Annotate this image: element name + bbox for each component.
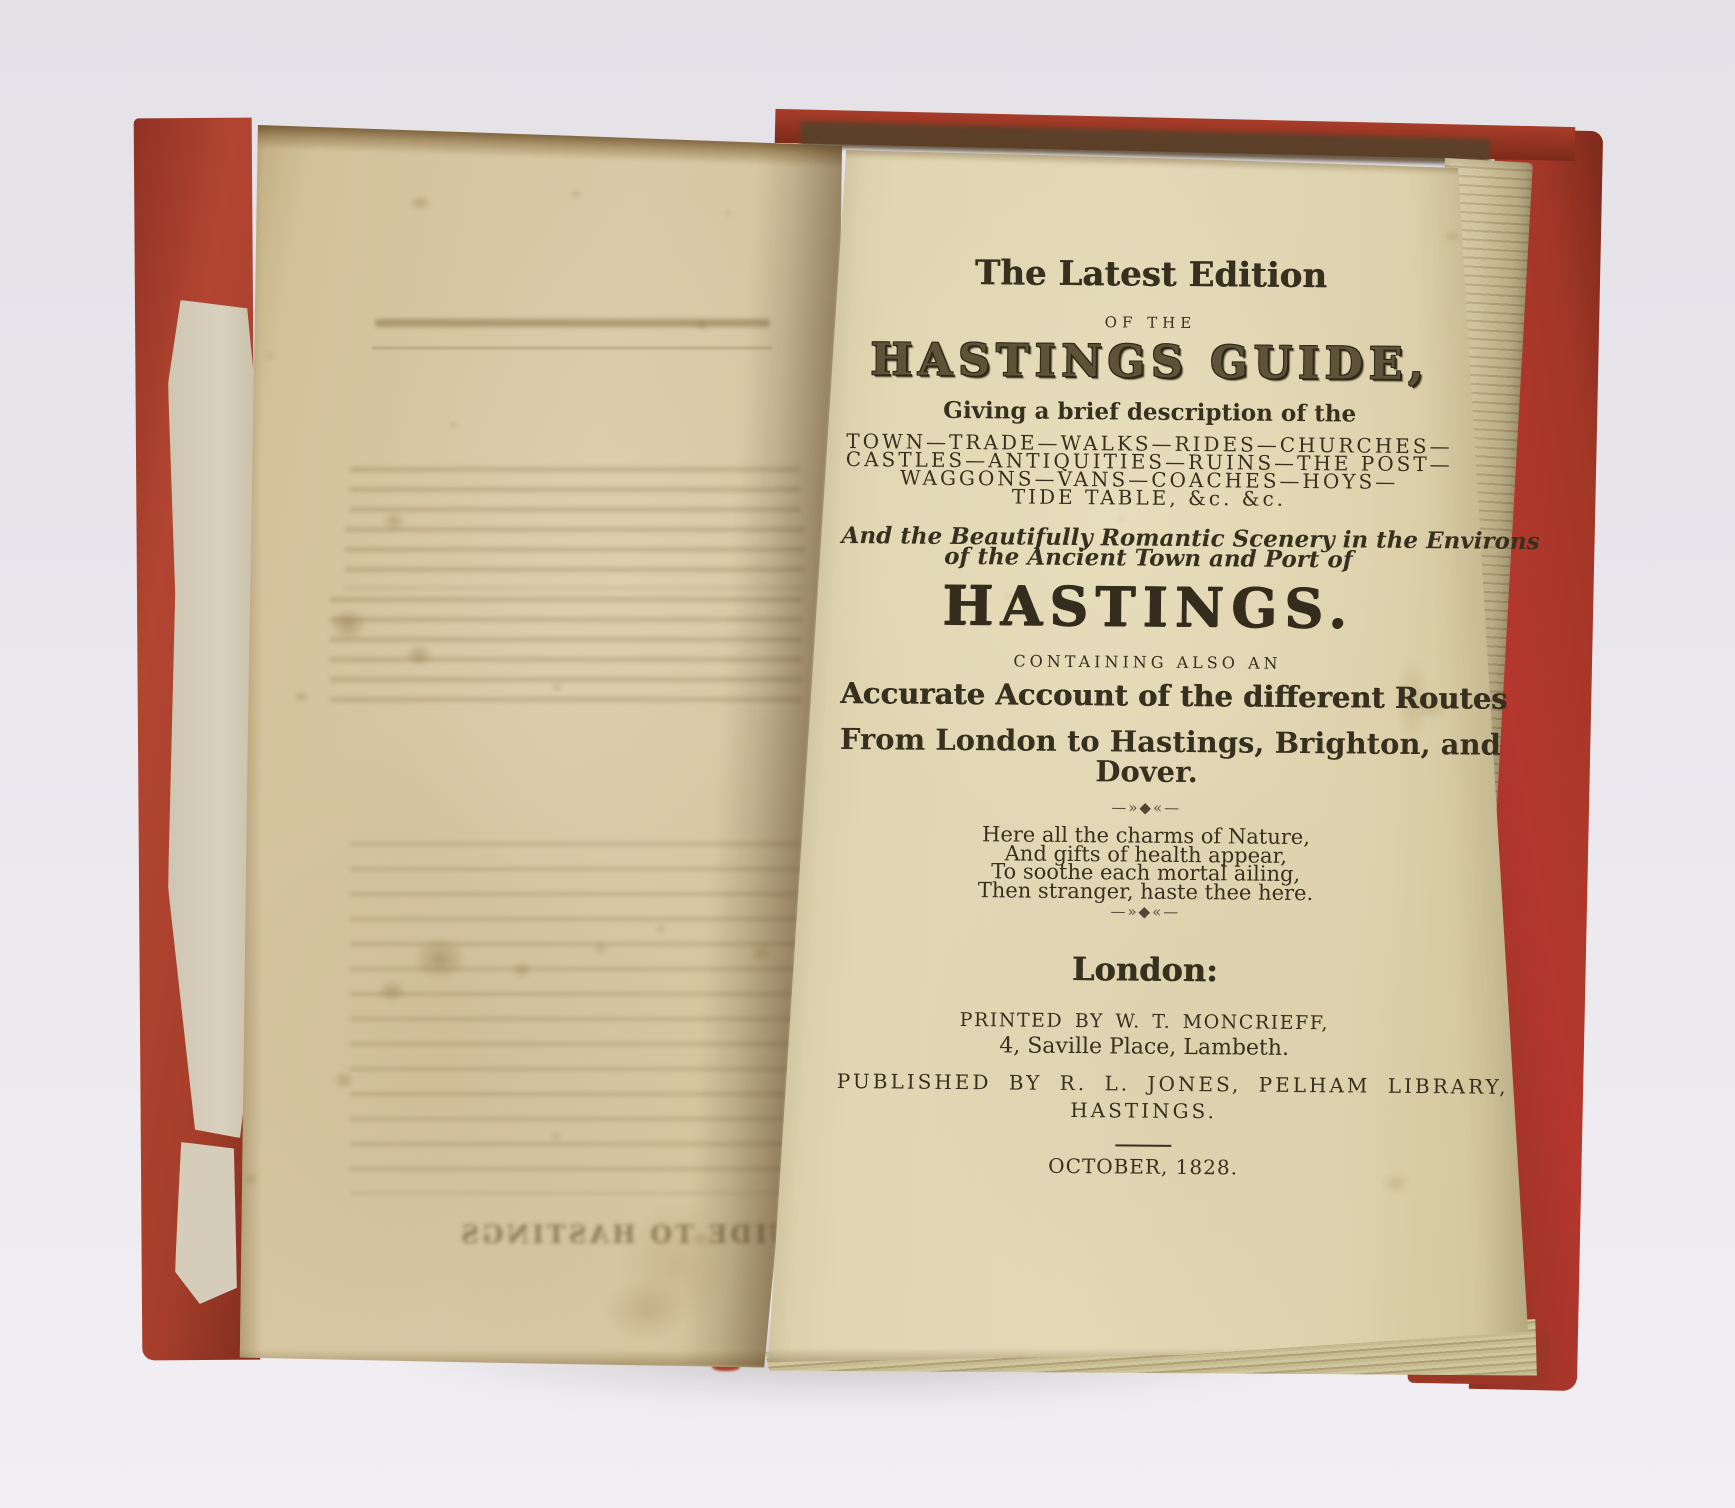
foxing-spot — [330, 1068, 358, 1092]
foxing-spot — [400, 640, 438, 670]
foxing-spot — [590, 940, 612, 958]
torn-endpaper-strip-lower — [175, 1142, 237, 1304]
foxing-spot — [405, 192, 435, 214]
foxing-spot — [290, 688, 312, 706]
foxing-spot — [446, 420, 460, 431]
divider-rule — [1115, 1144, 1171, 1146]
imprint-date: OCTOBER, 1828. — [836, 1152, 1450, 1181]
of-the-line: OF THE — [843, 311, 1457, 334]
ornament-divider: —»◆«— — [839, 796, 1453, 819]
foxing-spot — [548, 1130, 564, 1143]
main-title: HASTINGS GUIDE, — [843, 334, 1457, 390]
containing-line: CONTAINING ALSO AN — [840, 650, 1454, 674]
foxing-smudge — [600, 1180, 750, 1350]
foxing-spot — [372, 975, 412, 1007]
edition-heading: The Latest Edition — [844, 252, 1458, 297]
foxing-spot — [240, 1170, 262, 1188]
foxing-spot — [508, 958, 536, 982]
showthrough-rule — [372, 347, 772, 349]
foxing-spot — [652, 922, 670, 936]
foxing-spot — [548, 680, 566, 694]
photo-stage: GUIDE TO HASTINGS The Latest Edition OF … — [0, 0, 1735, 1508]
ornament-divider: —»◆«— — [838, 900, 1452, 923]
foxing-spot — [378, 508, 410, 534]
account-line: Accurate Account of the different Routes — [840, 676, 1454, 715]
foxing-spot — [692, 318, 712, 333]
foxing-spot — [722, 208, 734, 218]
place-title: HASTINGS. — [841, 572, 1456, 641]
imprint-place: HASTINGS. — [837, 1096, 1451, 1125]
foxing-spot — [262, 350, 278, 362]
foxing-spot — [404, 930, 476, 988]
verse-block: Here all the charms of Nature, And gifts… — [838, 824, 1453, 903]
imprint-printer: PRINTED BY W. T. MONCRIEFF, — [837, 1008, 1451, 1035]
imprint-city: London: — [838, 948, 1452, 991]
contents-block: TOWN—TRADE—WALKS—RIDES—CHURCHES— CASTLES… — [842, 432, 1457, 509]
title-page-text: The Latest Edition OF THE HASTINGS GUIDE… — [834, 148, 1459, 1367]
routes-block: From London to Hastings, Brighton, and D… — [839, 724, 1454, 789]
foxing-spot — [322, 602, 374, 646]
scenery-block: And the Beautifully Romantic Scenery in … — [841, 526, 1455, 571]
foxing-spot — [568, 188, 584, 200]
imprint-publisher: PUBLISHED BY R. L. JONES, PELHAM LIBRARY… — [837, 1069, 1451, 1098]
left-blank-page: GUIDE TO HASTINGS — [238, 122, 842, 1370]
subtitle-line: Giving a brief description of the — [843, 396, 1457, 428]
verse-line: Then stranger, haste thee here. — [838, 879, 1452, 903]
foxing-spot — [746, 940, 778, 966]
imprint-address: 4, Saville Place, Lambeth. — [837, 1032, 1451, 1062]
